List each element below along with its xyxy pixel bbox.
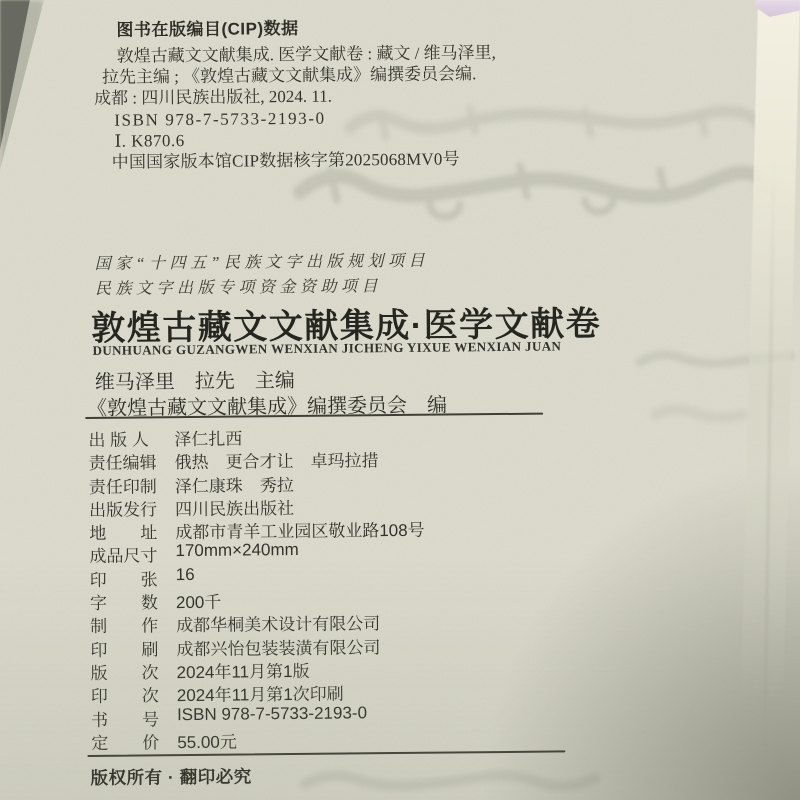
book-copyright-page-photo: 图书在版编目(CIP)数据 敦煌古藏文文献集成. 医学文献卷 : 藏文 / 维马…	[0, 0, 800, 800]
